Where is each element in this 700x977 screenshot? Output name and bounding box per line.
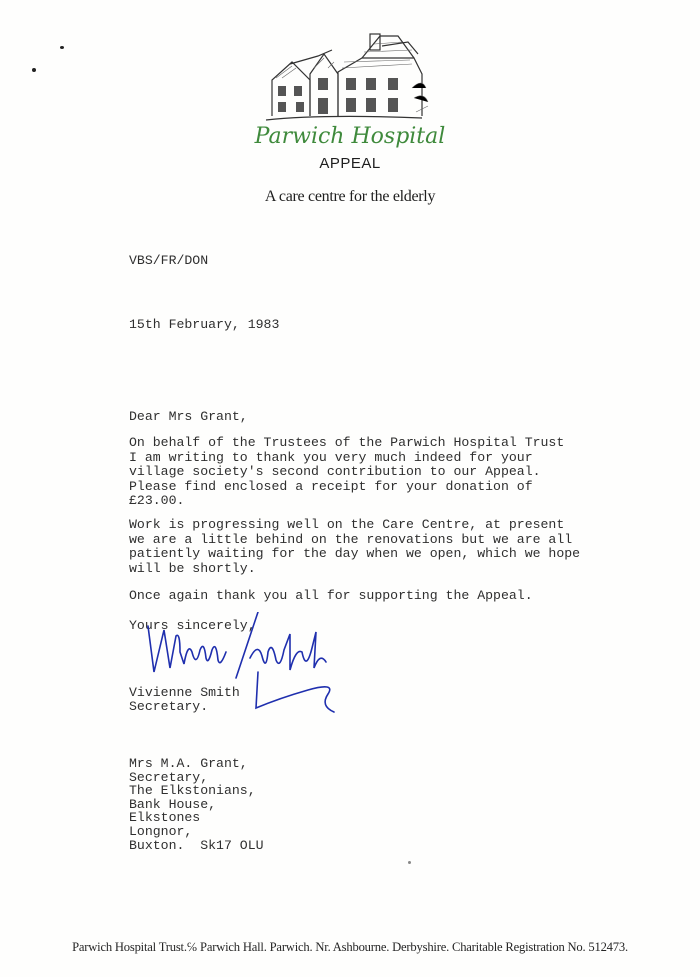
signer-title: Secretary. [129, 700, 208, 715]
appeal-label: APPEAL [0, 155, 700, 172]
paper-speck [60, 46, 64, 49]
letter-date: 15th February, 1983 [129, 318, 279, 333]
paper-speck [32, 68, 36, 72]
org-name: Parwich Hospital [0, 124, 700, 149]
salutation: Dear Mrs Grant, [129, 410, 248, 425]
recipient-address: Mrs M.A. Grant, Secretary, The Elkstonia… [129, 757, 264, 852]
body-paragraph-2: Work is progressing well on the Care Cen… [129, 518, 580, 576]
footer-text: Parwich Hospital Trust.℅ Parwich Hall. P… [0, 940, 700, 955]
body-paragraph-3: Once again thank you all for supporting … [129, 589, 533, 604]
reference-code: VBS/FR/DON [129, 254, 208, 269]
paper-speck [408, 861, 411, 864]
tagline: A care centre for the elderly [0, 188, 700, 206]
body-paragraph-1: On behalf of the Trustees of the Parwich… [129, 436, 564, 509]
house-illustration-icon [262, 28, 430, 126]
